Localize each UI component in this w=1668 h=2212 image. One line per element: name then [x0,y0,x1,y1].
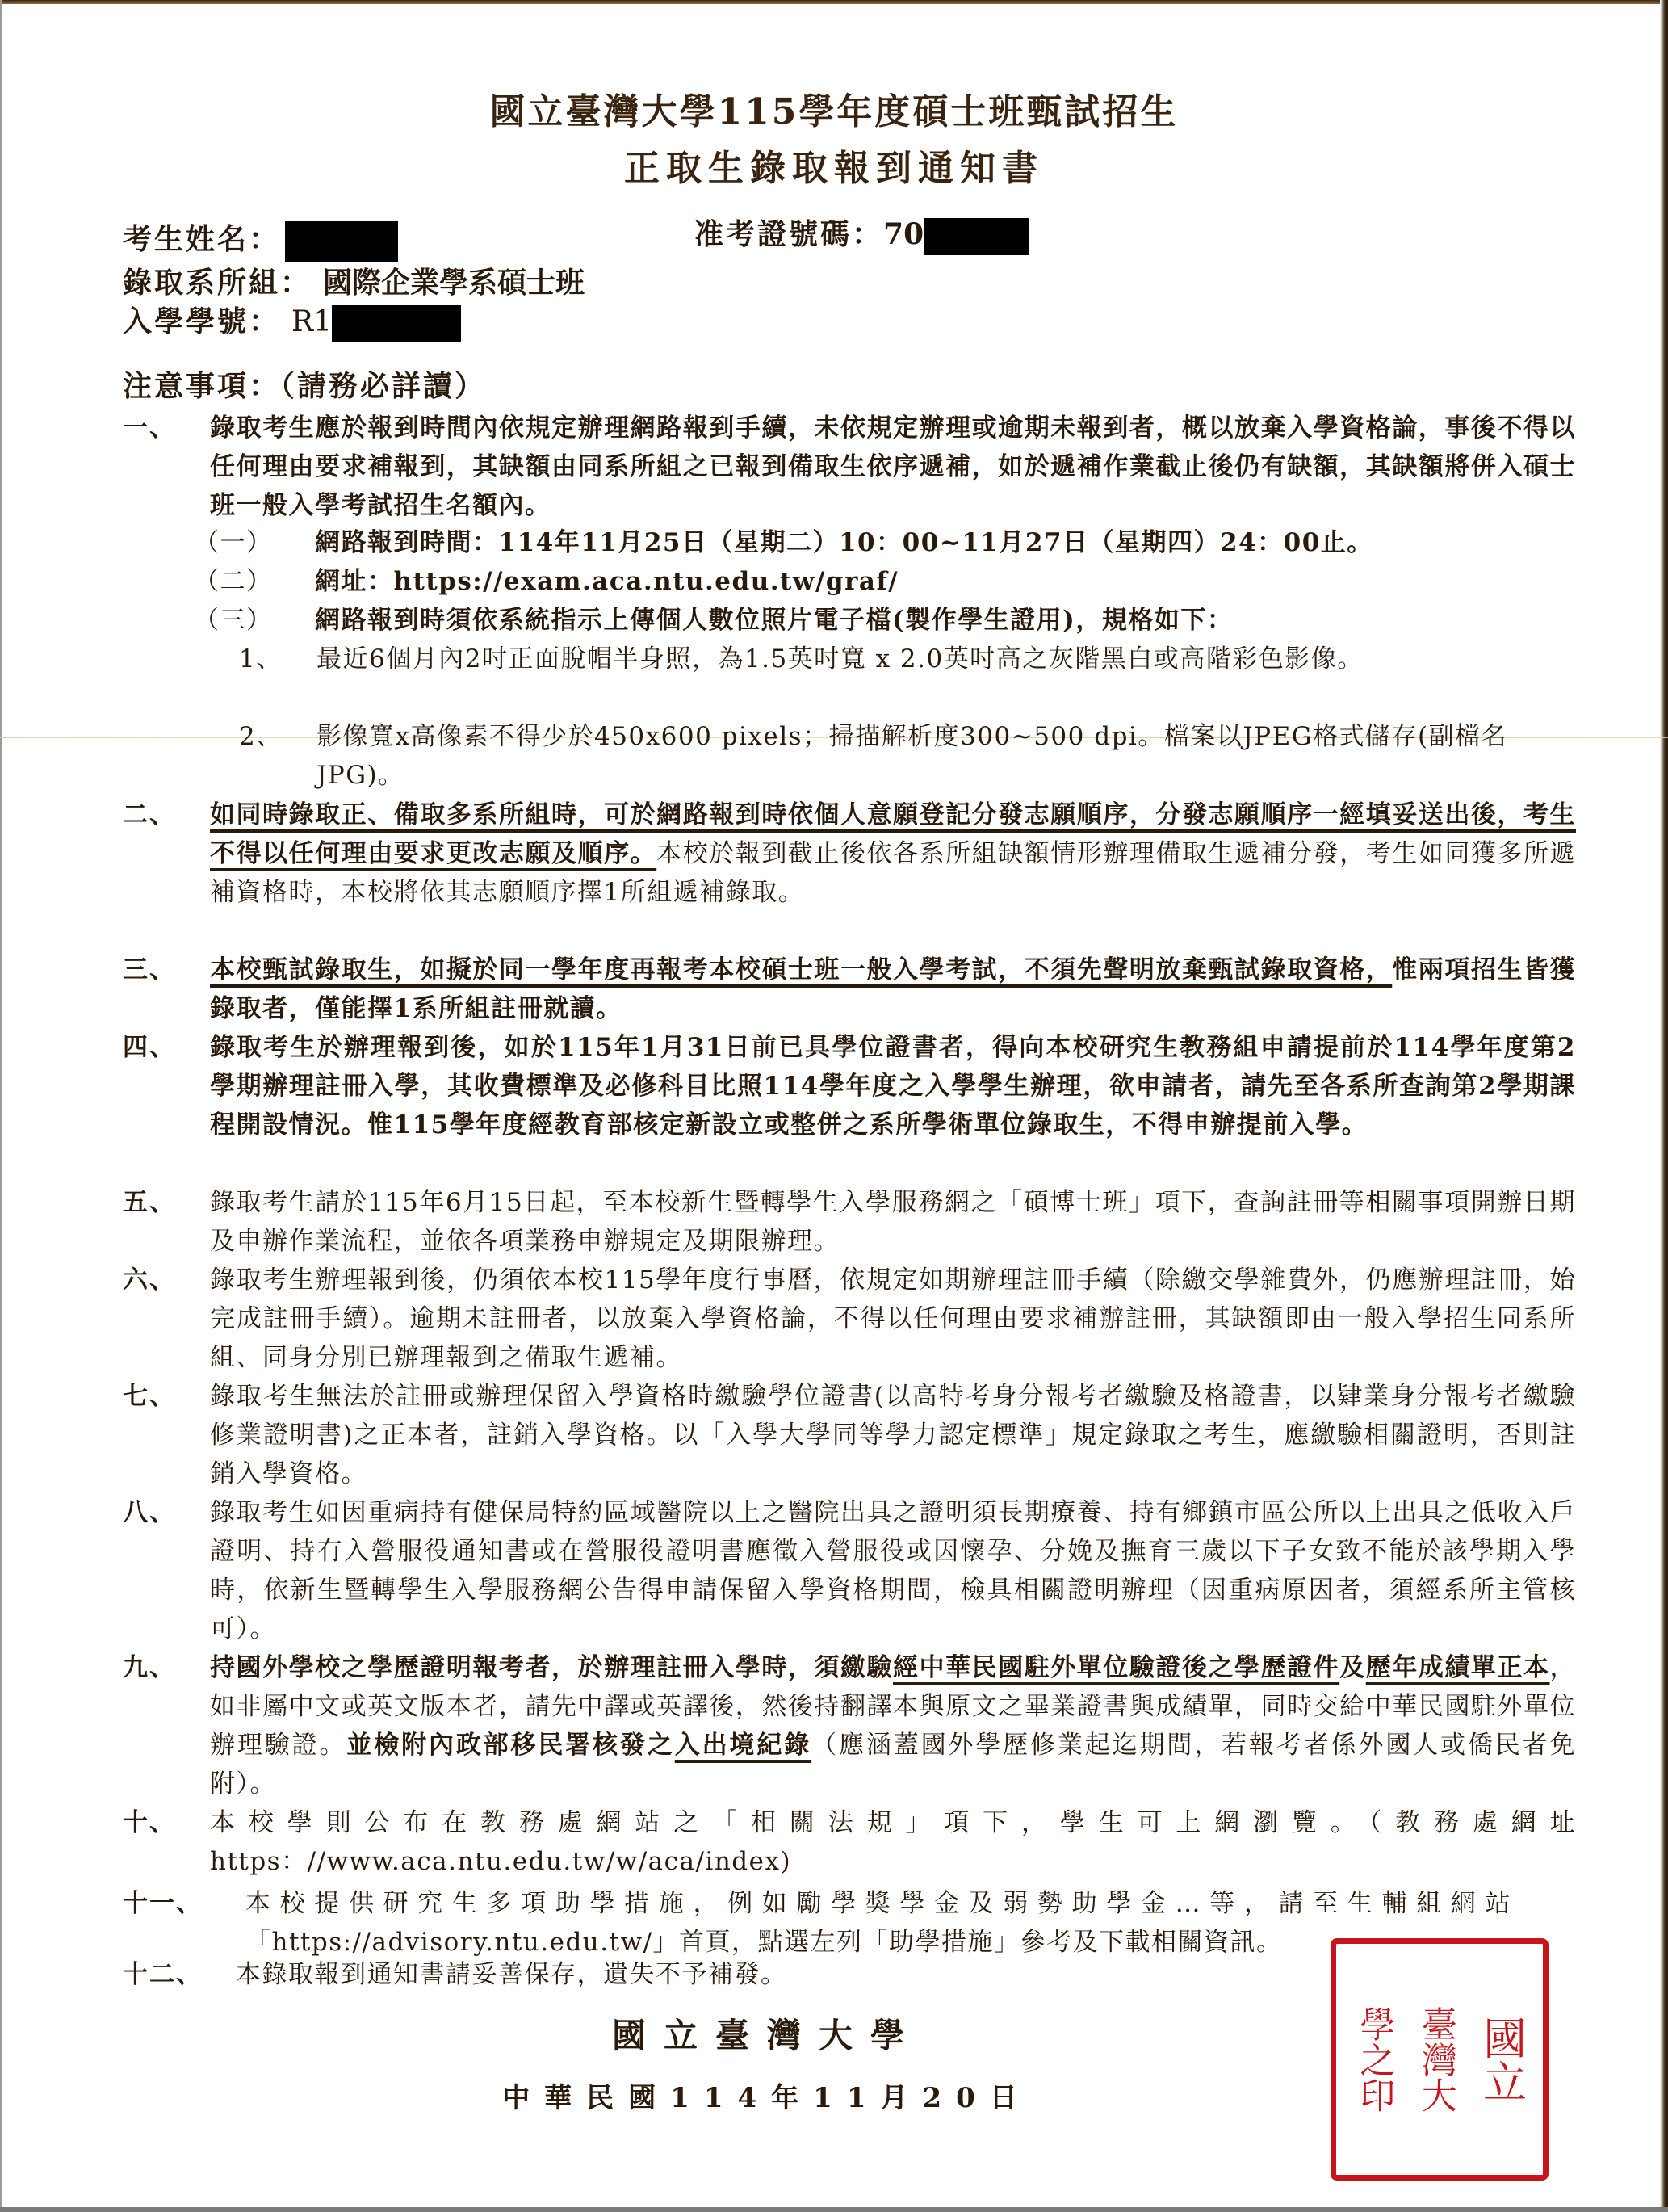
notice-item-9: 九、 持國外學校之學歷證明報考者，於辦理註冊入學時，須繳驗經中華民國駐外單位驗證… [123,1648,1576,1803]
notice-item-11: 十一、 本校提供研究生多項助學措施，例如勵學獎學金及弱勢助學金…等，請至生輔組網… [123,1884,1511,1962]
emphasized-text: 本校甄試錄取生，如擬於同一學年度再報考本校碩士班一般入學考試，不須先聲明放棄甄試… [210,955,1392,984]
item-number: 四、 [123,1028,176,1067]
notice-item-8: 八、 錄取考生如因重病持有健保局特約區域醫院以上之醫院出具之證明須長期療養、持有… [123,1493,1576,1648]
item-text: 錄取考生於辦理報到後，如於115年1月31日前已具學位證書者，得向本校研究生教務… [210,1028,1576,1144]
text-segment: 及 [1339,1653,1366,1682]
item-number: 九、 [123,1648,176,1687]
official-seal-stamp: 國立 臺灣大 學之印 [1331,1938,1549,2181]
item-number: 二、 [123,795,176,834]
subitem-text: 網路報到時間：114年11月25日（星期二）10：00~11月27日（星期四）2… [315,523,1542,562]
page-edge-top [0,0,1668,4]
item-number: 六、 [123,1261,176,1299]
item-number: 十二、 [123,1955,203,1994]
notice-item-6: 六、 錄取考生辦理報到後，仍須依本校115學年度行事曆，依規定如期辦理註冊手續（… [123,1261,1576,1377]
item-text: 錄取考生如因重病持有健保局特約區域醫院以上之醫院出具之證明須長期療養、持有鄉鎮市… [210,1493,1576,1648]
item-text: 錄取考生無法於註冊或辦理保留入學資格時繳驗學位證書(以高特考身分報考者繳驗及格證… [210,1377,1576,1493]
document-subtitle: 正取生錄取報到通知書 [0,139,1668,191]
item-text: 如同時錄取正、備取多系所組時，可於網路報到時依個人意願登記分發志願順序，分發志願… [210,795,1576,912]
item-text: 本校甄試錄取生，如擬於同一學年度再報考本校碩士班一般入學考試，不須先聲明放棄甄試… [210,951,1576,1028]
subitem-number: （三） [194,601,273,640]
exam-ticket-prefix: 70 [883,217,924,251]
emphasized-text: 入出境紀錄 [675,1731,811,1760]
emphasized-text: 歷年成績單正本 [1366,1653,1550,1682]
item-number: 一、 [123,409,176,447]
item-text: 持國外學校之學歷證明報考者，於辦理註冊入學時，須繳驗經中華民國駐外單位驗證後之學… [210,1648,1576,1803]
student-id-prefix: R1 [291,305,332,338]
item-text: 錄取考生請於115年6月15日起，至本校新生暨轉學生入學服務網之「碩博士班」項下… [210,1183,1576,1261]
student-id-label: 入學學號： [123,304,280,338]
subitem-number: 2、 [239,717,283,756]
document-title: 國立臺灣大學115學年度碩士班甄試招生 [0,82,1668,134]
subitem-number: （二） [194,562,273,601]
website-url: 網址：https://exam.aca.ntu.edu.tw/graf/ [315,562,1542,601]
item-number: 五、 [123,1183,176,1222]
notice-item-4: 四、 錄取考生於辦理報到後，如於115年1月31日前已具學位證書者，得向本校研究… [123,1028,1576,1183]
text-segment: 持國外學校之學歷證明報考者，於辦理註冊入學時，須繳驗 [210,1653,893,1682]
subitem-number: 1、 [239,640,283,678]
item-number: 十、 [123,1803,176,1842]
candidate-name-field: 考生姓名： [123,216,398,262]
seal-column: 臺灣大 [1418,1954,1453,2165]
page-edge-left [0,0,2,2212]
notice-item-3: 三、 本校甄試錄取生，如擬於同一學年度再報考本校碩士班一般入學考試，不須先聲明放… [123,951,1576,1028]
redaction-box [332,305,461,342]
issue-date: 中華民國114年11月20日 [0,2076,1534,2115]
emphasized-text: 經中華民國駐外單位驗證後之學歷證件 [893,1653,1339,1682]
candidate-name-label: 考生姓名： [123,222,280,256]
item-number: 七、 [123,1377,176,1416]
item-text: 錄取考生辦理報到後，仍須依本校115學年度行事曆，依規定如期辦理註冊手續（除繳交… [210,1261,1576,1377]
department-field: 錄取系所組：國際企業學系碩士班 [123,260,585,301]
student-id-field: 入學學號：R1 [123,299,461,342]
exam-ticket-label: 准考證號碼： [694,217,883,251]
notice-item-10: 十、 本校學則公布在教務處網站之「相關法規」項下，學生可上網瀏覽。（教務處網址 … [123,1803,1576,1881]
item-text: 錄取考生應於報到時間內依規定辦理網路報到手續，未依規定辦理或逾期未報到者，概以放… [210,409,1576,525]
subitem-text: 網路報到時須依系統指示上傳個人數位照片電子檔(製作學生證用)，規格如下： [315,601,1542,640]
notice-item-2: 二、 如同時錄取正、備取多系所組時，可於網路報到時依個人意願登記分發志願順序，分… [123,795,1576,951]
item-number: 十一、 [123,1884,203,1923]
item-number: 三、 [123,951,176,989]
seal-column: 國立 [1480,1954,1523,2165]
redaction-box [285,221,398,262]
department-value: 國際企業學系碩士班 [323,266,585,300]
page-edge-bottom [0,2207,1668,2212]
department-label: 錄取系所組： [123,266,312,300]
subitem-text: 最近6個月內2吋正面脫帽半身照，為1.5英吋寬 x 2.0英吋高之灰階黑白或高階… [316,640,1544,678]
exam-ticket-field: 准考證號碼：70 [694,212,1029,255]
subitem-text: 影像寬x高像素不得少於450x600 pixels；掃描解析度300~500 d… [316,717,1544,795]
notice-item-7: 七、 錄取考生無法於註冊或辦理保留入學資格時繳驗學位證書(以高特考身分報考者繳驗… [123,1377,1576,1493]
item-number: 八、 [123,1493,176,1532]
notice-item-1: 一、 錄取考生應於報到時間內依規定辦理網路報到手續，未依規定辦理或逾期未報到者，… [123,409,1576,525]
item-text: 本校學則公布在教務處網站之「相關法規」項下，學生可上網瀏覽。（教務處網址 htt… [210,1803,1576,1881]
subitem-number: （一） [194,523,273,562]
seal-column: 學之印 [1356,1954,1391,2165]
notes-heading: 注意事項：（請務必詳讀） [123,363,486,405]
page-edge-right [1660,0,1668,2212]
item-text: 本校提供研究生多項助學措施，例如勵學獎學金及弱勢助學金…等，請至生輔組網站「ht… [245,1884,1511,1962]
text-segment: 並檢附內政部移民署核發之 [346,1731,674,1760]
notice-item-5: 五、 錄取考生請於115年6月15日起，至本校新生暨轉學生入學服務網之「碩博士班… [123,1183,1576,1261]
redaction-box [924,218,1029,255]
issuer-name: 國立臺灣大學 [0,2009,1534,2058]
